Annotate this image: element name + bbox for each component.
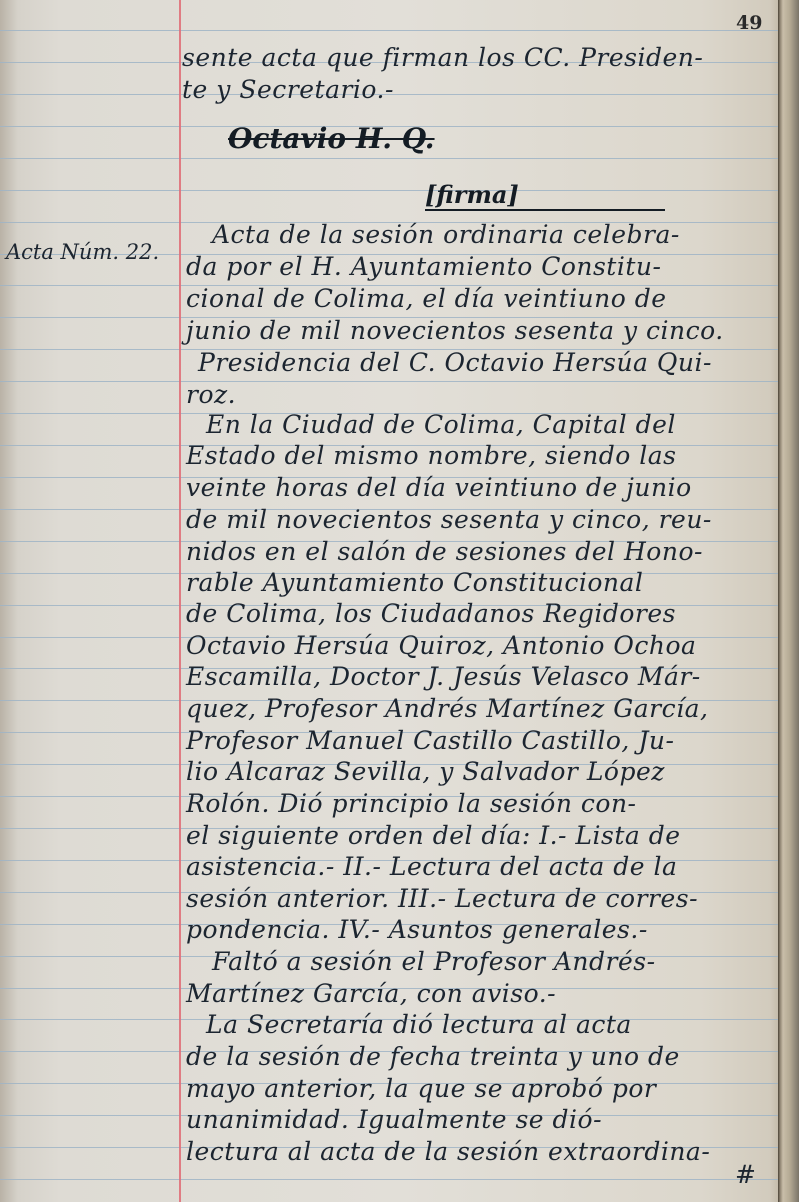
text-line: de mil novecientos sesenta y cinco, reu- xyxy=(186,505,712,535)
text-line: nidos en el salón de sesiones del Hono- xyxy=(186,537,703,567)
text-line: Martínez García, con aviso.- xyxy=(186,979,556,1009)
text-line: Faltó a sesión el Profesor Andrés- xyxy=(212,947,656,977)
text-line: Octavio Hersúa Quiroz, Antonio Ochoa xyxy=(186,631,696,661)
text-line: quez, Profesor Andrés Martínez García, xyxy=(186,694,708,724)
text-line: cional de Colima, el día veintiuno de xyxy=(186,284,667,314)
ledger-page: 49 Acta Núm. 22. Octavio H. Q. [firma] s… xyxy=(0,0,782,1202)
margin-line xyxy=(179,0,181,1202)
text-line: junio de mil novecientos sesenta y cinco… xyxy=(186,316,724,346)
text-line: Escamilla, Doctor J. Jesús Velasco Már- xyxy=(186,662,701,692)
text-line: veinte horas del día veintiuno de junio xyxy=(186,473,692,503)
text-line: roz. xyxy=(186,380,236,410)
continuation-mark: # xyxy=(735,1160,756,1190)
margin-note-acta-number: Acta Núm. 22. xyxy=(6,240,159,264)
text-line: asistencia.- II.- Lectura del acta de la xyxy=(186,852,677,882)
text-line: lio Alcaraz Sevilla, y Salvador López xyxy=(186,757,665,787)
signature-secretary: [firma] xyxy=(425,180,665,211)
text-line: el siguiente orden del día: I.- Lista de xyxy=(186,821,681,851)
text-line: Acta de la sesión ordinaria celebra- xyxy=(212,220,680,250)
text-line: Profesor Manuel Castillo Castillo, Ju- xyxy=(186,726,674,756)
text-line: Rolón. Dió principio la sesión con- xyxy=(186,789,637,819)
text-line: Estado del mismo nombre, siendo las xyxy=(186,441,676,471)
text-line: Presidencia del C. Octavio Hersúa Qui- xyxy=(198,348,712,378)
text-line: unanimidad. Igualmente se dió- xyxy=(186,1105,602,1135)
rule-line xyxy=(0,30,782,31)
text-line: de Colima, los Ciudadanos Regidores xyxy=(186,599,676,629)
text-line: mayo anterior, la que se aprobó por xyxy=(186,1074,656,1104)
text-line: da por el H. Ayuntamiento Constitu- xyxy=(186,252,661,282)
rule-line xyxy=(0,158,782,159)
text-line: rable Ayuntamiento Constitucional xyxy=(186,568,643,598)
text-line: te y Secretario.- xyxy=(182,75,394,105)
rule-line xyxy=(0,1179,782,1180)
text-line: lectura al acta de la sesión extraordina… xyxy=(186,1137,710,1167)
page-edge xyxy=(778,0,799,1202)
text-line: de la sesión de fecha treinta y uno de xyxy=(186,1042,680,1072)
text-line: En la Ciudad de Colima, Capital del xyxy=(206,410,676,440)
rule-line xyxy=(0,381,782,382)
text-line: pondencia. IV.- Asuntos generales.- xyxy=(186,915,648,945)
text-line: La Secretaría dió lectura al acta xyxy=(206,1010,632,1040)
signature-president: Octavio H. Q. xyxy=(228,122,435,155)
page-number: 49 xyxy=(736,12,762,34)
text-line: sente acta que firman los CC. Presiden- xyxy=(182,43,703,73)
text-line: sesión anterior. III.- Lectura de corres… xyxy=(186,884,698,914)
